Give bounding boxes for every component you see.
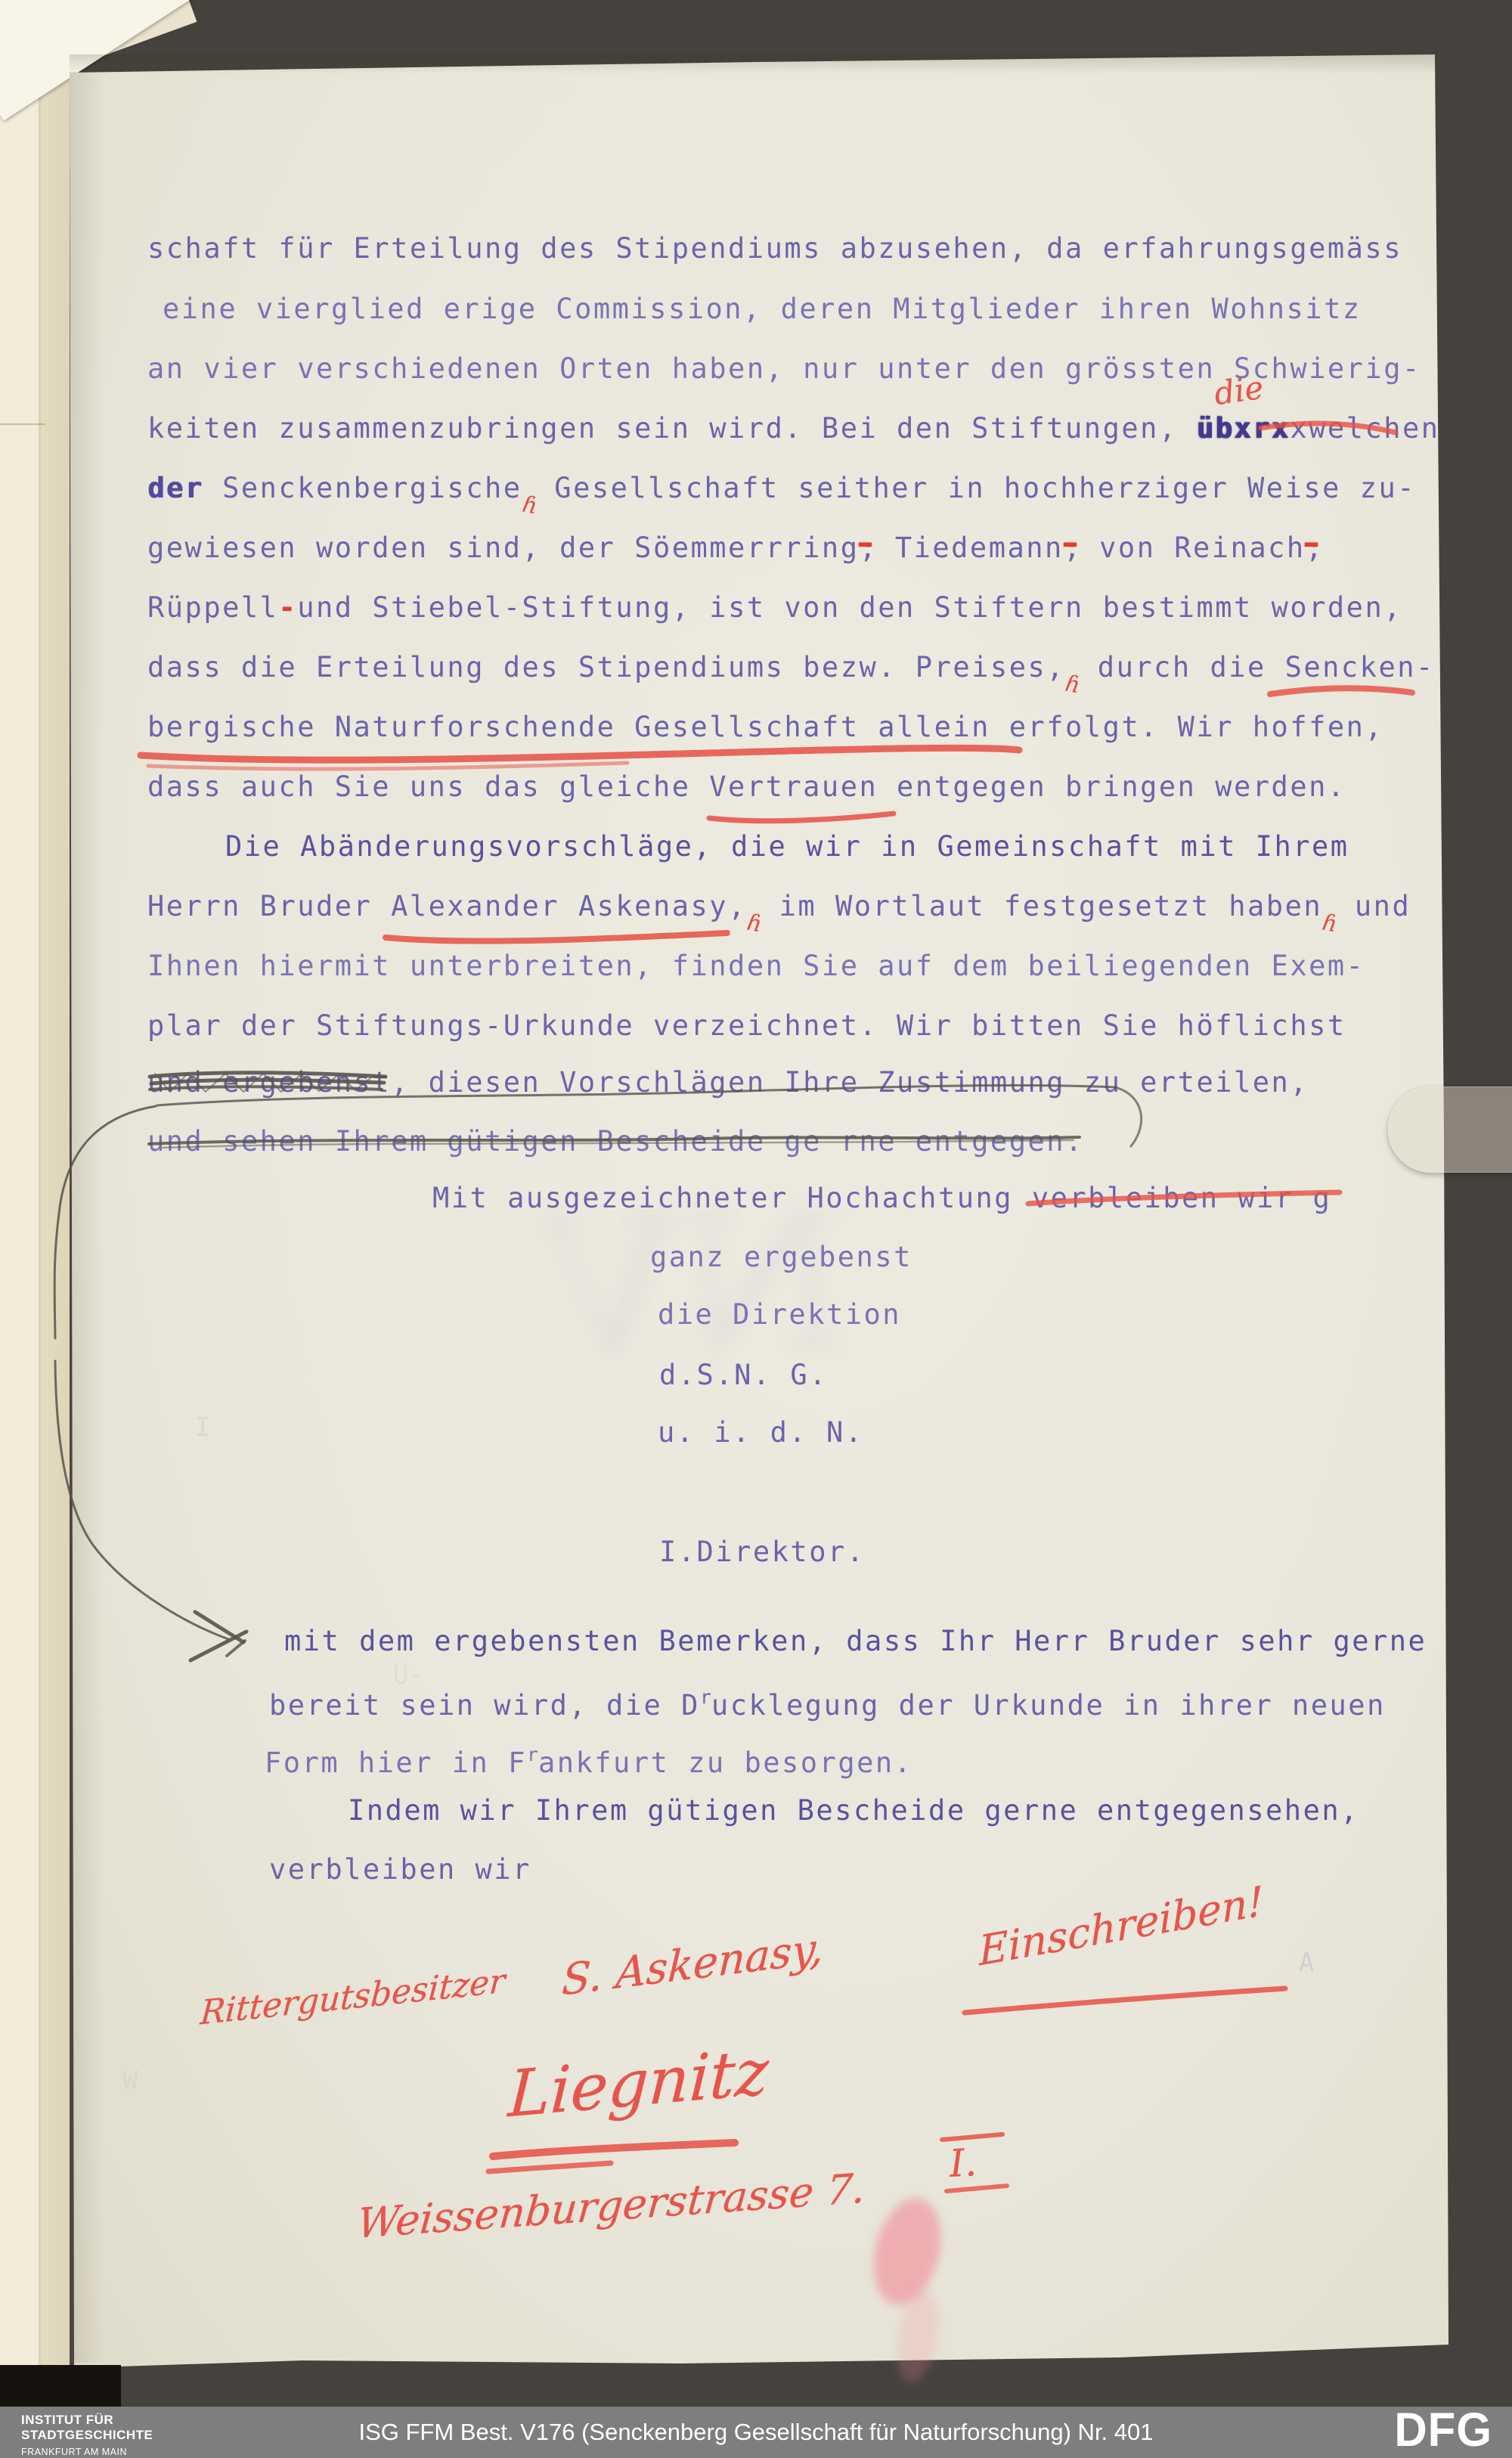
- scanned-letter-page: NV I A W U- schaft für Erteilung des Sti…: [0, 0, 1512, 2458]
- mat-shadow: [0, 2365, 121, 2407]
- archive-mounting-tab: [1388, 1086, 1512, 1173]
- dfg-logo: DFG: [1394, 2402, 1492, 2456]
- pink-ink-smudge: [863, 2191, 951, 2386]
- institute-city-line: FRANKFURT AM MAIN: [21, 2444, 153, 2458]
- handwritten-correction-die: die: [1212, 369, 1266, 413]
- archival-reference-caption: ISG FFM Best. V176 (Senckenberg Gesellsc…: [0, 2419, 1512, 2446]
- archive-caption-bar: INSTITUT FÜR STADTGESCHICHTE FRANKFURT A…: [0, 2407, 1512, 2458]
- handwritten-floor-numeral: I.: [949, 2140, 978, 2186]
